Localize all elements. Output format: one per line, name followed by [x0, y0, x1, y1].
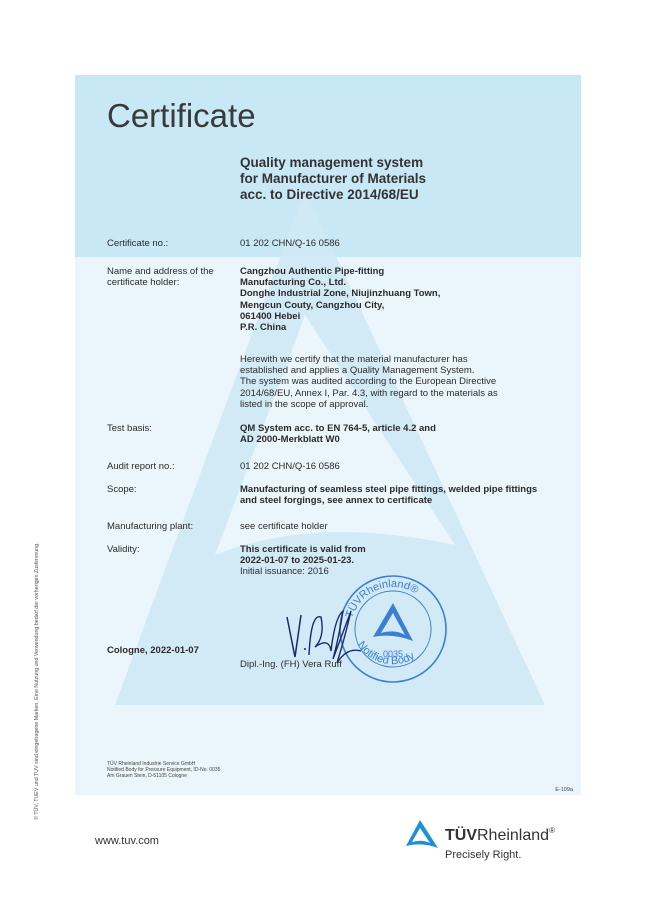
signature-icon: [285, 607, 365, 667]
field-label: Scope:: [107, 484, 237, 495]
signatory-name: Dipl.-Ing. (FH) Vera Ruff: [240, 659, 580, 670]
audit-report-value: 01 202 CHN/Q-16 0586: [240, 461, 580, 472]
value-line: Manufacturing Co., Ltd.: [240, 277, 580, 288]
value-line: and steel forgings, see annex to certifi…: [240, 495, 581, 506]
form-code: E-109a: [555, 787, 573, 793]
certificate-subtitle: Quality management system for Manufactur…: [240, 155, 426, 203]
svg-text:0035: 0035: [383, 649, 403, 659]
subtitle-line: Quality management system: [240, 155, 426, 171]
brand-name-bold: TÜV: [445, 827, 477, 844]
field-label: Test basis:: [107, 423, 237, 434]
value-line: Mengcun Couty, Cangzhou City,: [240, 300, 580, 311]
website-link[interactable]: www.tuv.com: [95, 835, 159, 847]
statement-text: Herewith we certify that the material ma…: [240, 354, 580, 410]
brand-name-regular: Rheinland: [477, 827, 549, 844]
field-label: Name and address of the certificate hold…: [107, 266, 237, 288]
statement-line: listed in the scope of approval.: [240, 399, 580, 410]
statement-line: established and applies a Quality Manage…: [240, 365, 580, 376]
holder-value: Cangzhou Authentic Pipe-fitting Manufact…: [240, 266, 580, 333]
issuer-address: TÜV Rheinland Industrie Service GmbH Not…: [107, 761, 220, 779]
value-line: QM System acc. to EN 764-5, article 4.2 …: [240, 423, 580, 434]
test-basis-value: QM System acc. to EN 764-5, article 4.2 …: [240, 423, 580, 445]
field-label: Manufacturing plant:: [107, 521, 237, 532]
certificate-title: Certificate: [107, 97, 256, 135]
tuv-logo-icon: [404, 818, 440, 850]
trademark-notice: © TÜV, TUEV und TUV sind eingetragene Ma…: [34, 542, 40, 820]
value-line: Cangzhou Authentic Pipe-fitting: [240, 266, 580, 277]
value-line: 2022-01-07 to 2025-01-23.: [240, 555, 580, 566]
label-line: certificate holder:: [107, 277, 237, 288]
statement-line: Herewith we certify that the material ma…: [240, 354, 580, 365]
value-line: Donghe Industrial Zone, Niujinzhuang Tow…: [240, 288, 580, 299]
value-line: Manufacturing of seamless steel pipe fit…: [240, 484, 581, 495]
certificate-panel: Certificate Quality management system fo…: [75, 75, 581, 795]
subtitle-line: acc. to Directive 2014/68/EU: [240, 187, 426, 203]
issuer-line: Am Grauen Stein, D-51105 Cologne: [107, 773, 220, 779]
label-line: Name and address of the: [107, 266, 237, 277]
subtitle-line: for Manufacturer of Materials: [240, 171, 426, 187]
certificate-no-value: 01 202 CHN/Q-16 0586: [240, 238, 580, 249]
value-line: P.R. China: [240, 322, 580, 333]
field-label: Certificate no.:: [107, 238, 237, 249]
brand-name: TÜVRheinland®: [445, 826, 555, 845]
value-line: 061400 Hebei: [240, 311, 580, 322]
statement-line: The system was audited according to the …: [240, 376, 580, 387]
value-line: AD 2000-Merkblatt W0: [240, 434, 580, 445]
brand-tagline: Precisely Right.: [445, 849, 521, 861]
manufacturing-plant-value: see certificate holder: [240, 521, 580, 532]
registered-mark: ®: [549, 826, 555, 835]
field-label: Validity:: [107, 544, 237, 555]
field-label: Audit report no.:: [107, 461, 237, 472]
statement-line: 2014/68/EU, Annex I, Par. 4.3, with rega…: [240, 388, 580, 399]
scope-value: Manufacturing of seamless steel pipe fit…: [240, 484, 581, 506]
place-date: Cologne, 2022-01-07: [107, 645, 307, 656]
value-line: This certificate is valid from: [240, 544, 580, 555]
